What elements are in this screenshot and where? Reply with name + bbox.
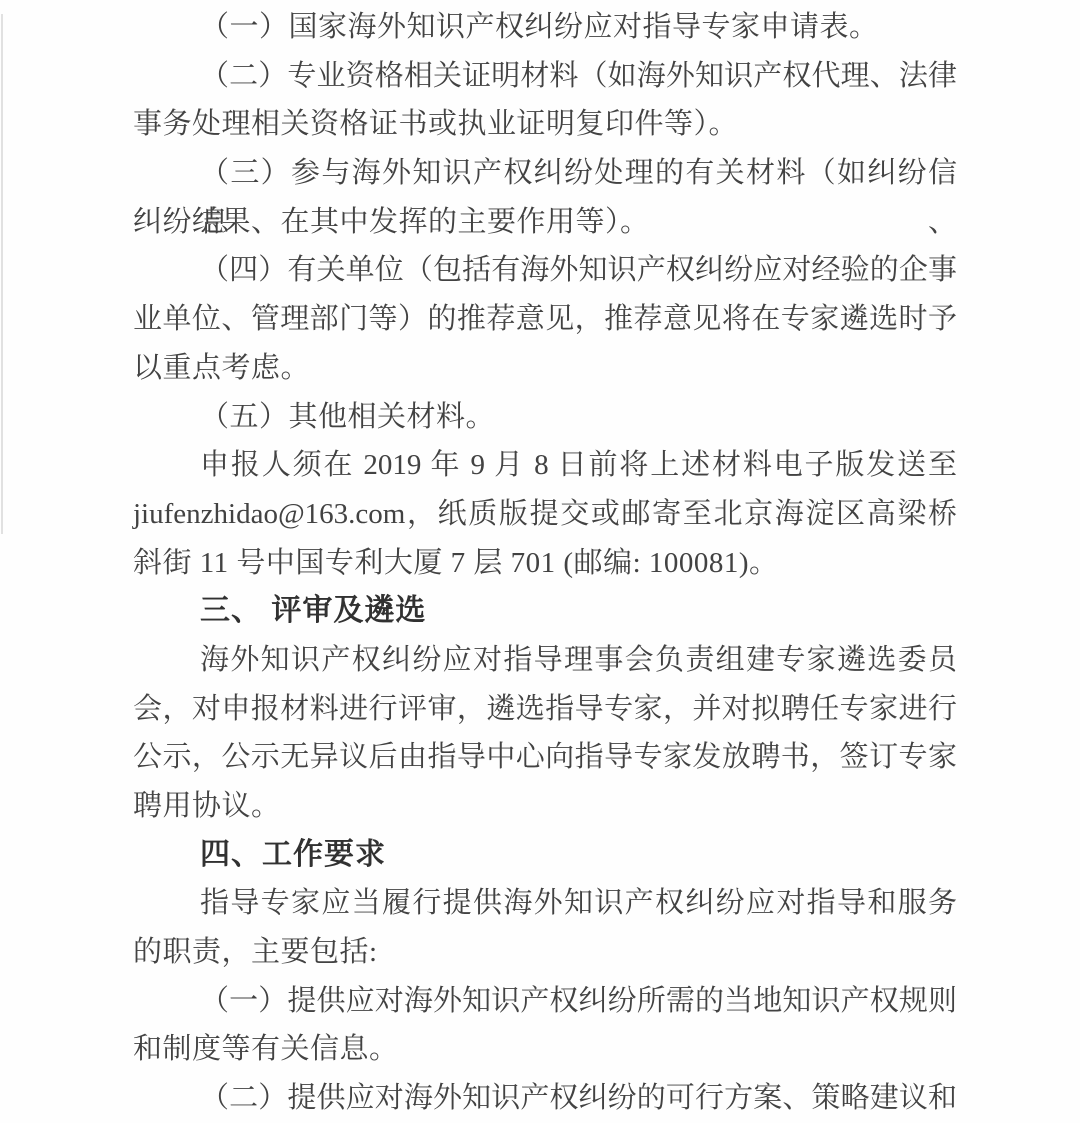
review-paragraph-line-1: 海外知识产权纠纷应对指导理事会负责组建专家遴选委员 xyxy=(133,636,957,685)
list-item-4-continued: 业单位、管理部门等）的推荐意见，推荐意见将在专家遴选时予 xyxy=(133,295,957,344)
list-item-2-qualification-materials: （二）专业资格相关证明材料（如海外知识产权代理、法律 xyxy=(133,52,957,101)
list-item-1-application-form: （一）国家海外知识产权纠纷应对指导专家申请表。 xyxy=(133,3,957,52)
list-item-3-dispute-materials: （三）参与海外知识产权纠纷处理的有关材料（如纠纷信息、 xyxy=(133,149,957,198)
section-heading-work-requirements: 四、工作要求 xyxy=(133,831,957,880)
duty-item-2-feasible-plans: （二）提供应对海外知识产权纠纷的可行方案、策略建议和 xyxy=(133,1074,957,1123)
scanned-document-page: （一）国家海外知识产权纠纷应对指导专家申请表。 （二）专业资格相关证明材料（如海… xyxy=(0,0,1080,1123)
work-paragraph-line-1: 指导专家应当履行提供海外知识产权纠纷应对指导和服务 xyxy=(133,879,957,928)
list-item-5-other-materials: （五）其他相关材料。 xyxy=(133,393,957,442)
duty-item-1-continued: 和制度等有关信息。 xyxy=(133,1025,957,1074)
list-item-4-recommendation: （四）有关单位（包括有海外知识产权纠纷应对经验的企事 xyxy=(133,246,957,295)
section-heading-review-selection: 三、 评审及遴选 xyxy=(133,587,957,636)
list-item-2-continued: 事务处理相关资格证书或执业证明复印件等）。 xyxy=(133,100,957,149)
work-paragraph-line-2: 的职责，主要包括: xyxy=(133,928,957,977)
submission-email-address-line: jiufenzhidao@163.com，纸质版提交或邮寄至北京海淀区高梁桥 xyxy=(133,490,957,539)
review-paragraph-line-4: 聘用协议。 xyxy=(133,782,957,831)
scan-edge-artifact xyxy=(1,14,3,534)
duty-item-1-local-ip-rules: （一）提供应对海外知识产权纠纷所需的当地知识产权规则 xyxy=(133,977,957,1026)
submission-mailing-address-line: 斜街 11 号中国专利大厦 7 层 701 (邮编: 100081)。 xyxy=(133,539,957,588)
list-item-4-continued-2: 以重点考虑。 xyxy=(133,344,957,393)
review-paragraph-line-2: 会，对申报材料进行评审，遴选指导专家，并对拟聘任专家进行 xyxy=(133,685,957,734)
submission-instructions: 申报人须在 2019 年 9 月 8 日前将上述材料电子版发送至 xyxy=(133,441,957,490)
document-text-block: （一）国家海外知识产权纠纷应对指导专家申请表。 （二）专业资格相关证明材料（如海… xyxy=(133,3,957,1123)
review-paragraph-line-3: 公示，公示无异议后由指导中心向指导专家发放聘书，签订专家 xyxy=(133,733,957,782)
